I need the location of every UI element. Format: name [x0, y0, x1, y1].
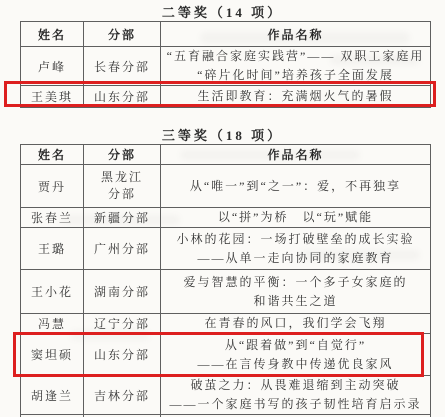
branch-line: 黑龙江: [86, 169, 158, 186]
work-title-line: 在青春的风口，我们学会飞翔: [163, 314, 428, 333]
cell-name: 王璐: [21, 228, 84, 270]
work-title-line: 破茧之力：从畏难退缩到主动突破: [163, 376, 428, 395]
cell-branch: 吉林分部: [84, 376, 161, 415]
cell-name: 胡逢兰: [21, 376, 84, 415]
table-row-highlighted: 王美琪 山东分部 生活即教育：充满烟火气的暑假: [21, 86, 431, 108]
table-row: 卢峰 长春分部 “五育融合家庭实践营”—— 双职工家庭用 “碎片化时间”培养孩子…: [21, 47, 431, 86]
work-title-line: 从“跟着做”到“自觉行”: [163, 336, 428, 355]
col-header-work-title: 作品名称: [161, 145, 431, 165]
col-header-branch: 分部: [84, 22, 161, 47]
cell-branch: 山东分部: [84, 86, 161, 108]
cell-branch: 湖南分部: [84, 270, 161, 314]
cell-name: 张春兰: [21, 208, 84, 228]
cell-name: 卢峰: [21, 47, 84, 86]
work-title-line: “五育融合家庭实践营”—— 双职工家庭用: [163, 47, 428, 66]
cell-name: 王小花: [21, 270, 84, 314]
cell-work-title: 从“跟着做”到“自觉行” ——在言传身教中传递优良家风: [161, 334, 431, 376]
third-prize-table: 姓名 分部 作品名称 贾丹 黑龙江 分部 从“唯一”到“之一”：爱，不再独享 张…: [20, 144, 431, 417]
cell-branch: 长春分部: [84, 47, 161, 86]
work-title-line: 从“唯一”到“之一”：爱，不再独享: [163, 177, 428, 196]
cell-work-title: 小林的花园：一场打破壁垒的成长实验 ——从单一走向协同的家庭教育: [161, 228, 431, 270]
work-title-line: 小林的花园：一场打破壁垒的成长实验: [163, 230, 428, 249]
work-title-line: 爱与智慧的平衡：一个多子女家庭的: [163, 273, 428, 292]
cell-work-title: 生活即教育：充满烟火气的暑假: [161, 86, 431, 108]
table-row: 贾丹 黑龙江 分部 从“唯一”到“之一”：爱，不再独享: [21, 165, 431, 208]
cell-name: 王美琪: [21, 86, 84, 108]
cell-work-title: 在青春的风口，我们学会飞翔: [161, 314, 431, 334]
cell-work-title: 爱与智慧的平衡：一个多子女家庭的 和谐共生之道: [161, 270, 431, 314]
cell-branch: 黑龙江 分部: [84, 165, 161, 208]
col-header-work-title: 作品名称: [161, 22, 431, 47]
cell-branch: 山东分部: [84, 334, 161, 376]
work-title-line: ——从单一走向协同的家庭教育: [163, 249, 428, 268]
work-title-line: “碎片化时间”培养孩子全面发展: [163, 66, 428, 85]
table-row: 胡逢兰 吉林分部 破茧之力：从畏难退缩到主动突破 ——一个家庭书写的孩子韧性培育…: [21, 376, 431, 415]
second-prize-table: 姓名 分部 作品名称 卢峰 长春分部 “五育融合家庭实践营”—— 双职工家庭用 …: [20, 21, 431, 108]
table-header-row: 姓名 分部 作品名称: [21, 145, 431, 165]
cell-name: 窦坦硕: [21, 334, 84, 376]
cell-work-title: 以“拼”为桥 以“玩”赋能: [161, 208, 431, 228]
work-title-line: 和谐共生之道: [163, 292, 428, 311]
branch-line: 分部: [86, 186, 158, 203]
table-header-row: 姓名 分部 作品名称: [21, 22, 431, 47]
section-title-second-prize: 二等奖（14 项）: [0, 2, 445, 21]
work-title-line: 生活即教育：充满烟火气的暑假: [163, 87, 428, 106]
cell-work-title: “五育融合家庭实践营”—— 双职工家庭用 “碎片化时间”培养孩子全面发展: [161, 47, 431, 86]
work-title-line: 以“拼”为桥 以“玩”赋能: [163, 208, 428, 227]
table-row: 王小花 湖南分部 爱与智慧的平衡：一个多子女家庭的 和谐共生之道: [21, 270, 431, 314]
section-title-third-prize: 三等奖（18 项）: [0, 125, 445, 144]
cell-branch: 新疆分部: [84, 208, 161, 228]
table-row: 冯慧 辽宁分部 在青春的风口，我们学会飞翔: [21, 314, 431, 334]
cell-work-title: 破茧之力：从畏难退缩到主动突破 ——一个家庭书写的孩子韧性培育启示录: [161, 376, 431, 415]
col-header-name: 姓名: [21, 145, 84, 165]
scanned-document-page: 二等奖（14 项） 姓名 分部 作品名称 卢峰 长春分部 “五育融合家庭实践营”…: [0, 0, 445, 417]
table-row-highlighted: 窦坦硕 山东分部 从“跟着做”到“自觉行” ——在言传身教中传递优良家风: [21, 334, 431, 376]
cell-branch: 广州分部: [84, 228, 161, 270]
cell-branch: 辽宁分部: [84, 314, 161, 334]
work-title-line: ——一个家庭书写的孩子韧性培育启示录: [163, 395, 428, 414]
work-title-line: ——在言传身教中传递优良家风: [163, 355, 428, 374]
cell-name: 冯慧: [21, 314, 84, 334]
col-header-name: 姓名: [21, 22, 84, 47]
cell-name: 贾丹: [21, 165, 84, 208]
cell-work-title: 从“唯一”到“之一”：爱，不再独享: [161, 165, 431, 208]
table-row: 王璐 广州分部 小林的花园：一场打破壁垒的成长实验 ——从单一走向协同的家庭教育: [21, 228, 431, 270]
table-row: 张春兰 新疆分部 以“拼”为桥 以“玩”赋能: [21, 208, 431, 228]
col-header-branch: 分部: [84, 145, 161, 165]
